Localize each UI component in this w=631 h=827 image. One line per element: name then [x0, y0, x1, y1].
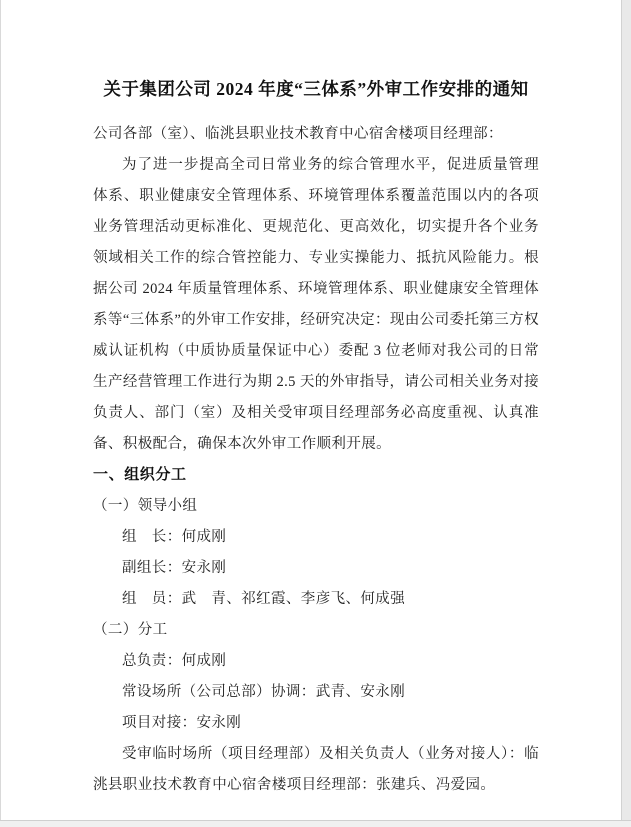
list-item-group-members: 组 员：武 青、祁红霞、李彦飞、何成强: [93, 584, 539, 615]
list-item-overall-responsible: 总负责：何成刚: [93, 646, 539, 677]
body-paragraph: 为了进一步提高全司日常业务的综合管理水平，促进质量管理体系、职业健康安全管理体系…: [93, 150, 539, 460]
list-item-permanent-site-coordination: 常设场所（公司总部）协调：武青、安永刚: [93, 677, 539, 708]
list-item-group-leader: 组 长：何成刚: [93, 522, 539, 553]
page-title: 关于集团公司 2024 年度“三体系”外审工作安排的通知: [93, 76, 539, 102]
subsection-label-division-of-work: （二）分工: [93, 615, 539, 646]
addressee-line: 公司各部（室）、临洮县职业技术教育中心宿舍楼项目经理部：: [93, 119, 539, 150]
section-heading-organization: 一、组织分工: [93, 460, 539, 491]
document-page: 关于集团公司 2024 年度“三体系”外审工作安排的通知 公司各部（室）、临洮县…: [0, 0, 631, 827]
subsection-label-leading-group: （一）领导小组: [93, 491, 539, 522]
list-item-project-contact: 项目对接：安永刚: [93, 708, 539, 739]
document-content: 关于集团公司 2024 年度“三体系”外审工作安排的通知 公司各部（室）、临洮县…: [93, 0, 539, 801]
page-edge-bottom: [0, 820, 631, 827]
page-edge-left: [0, 0, 1, 827]
list-item-deputy-leader: 副组长：安永刚: [93, 553, 539, 584]
list-item-temporary-audit-site: 受审临时场所（项目经理部）及相关负责人（业务对接人）：临洮县职业技术教育中心宿舍…: [93, 739, 539, 801]
page-edge-right: [621, 0, 631, 827]
